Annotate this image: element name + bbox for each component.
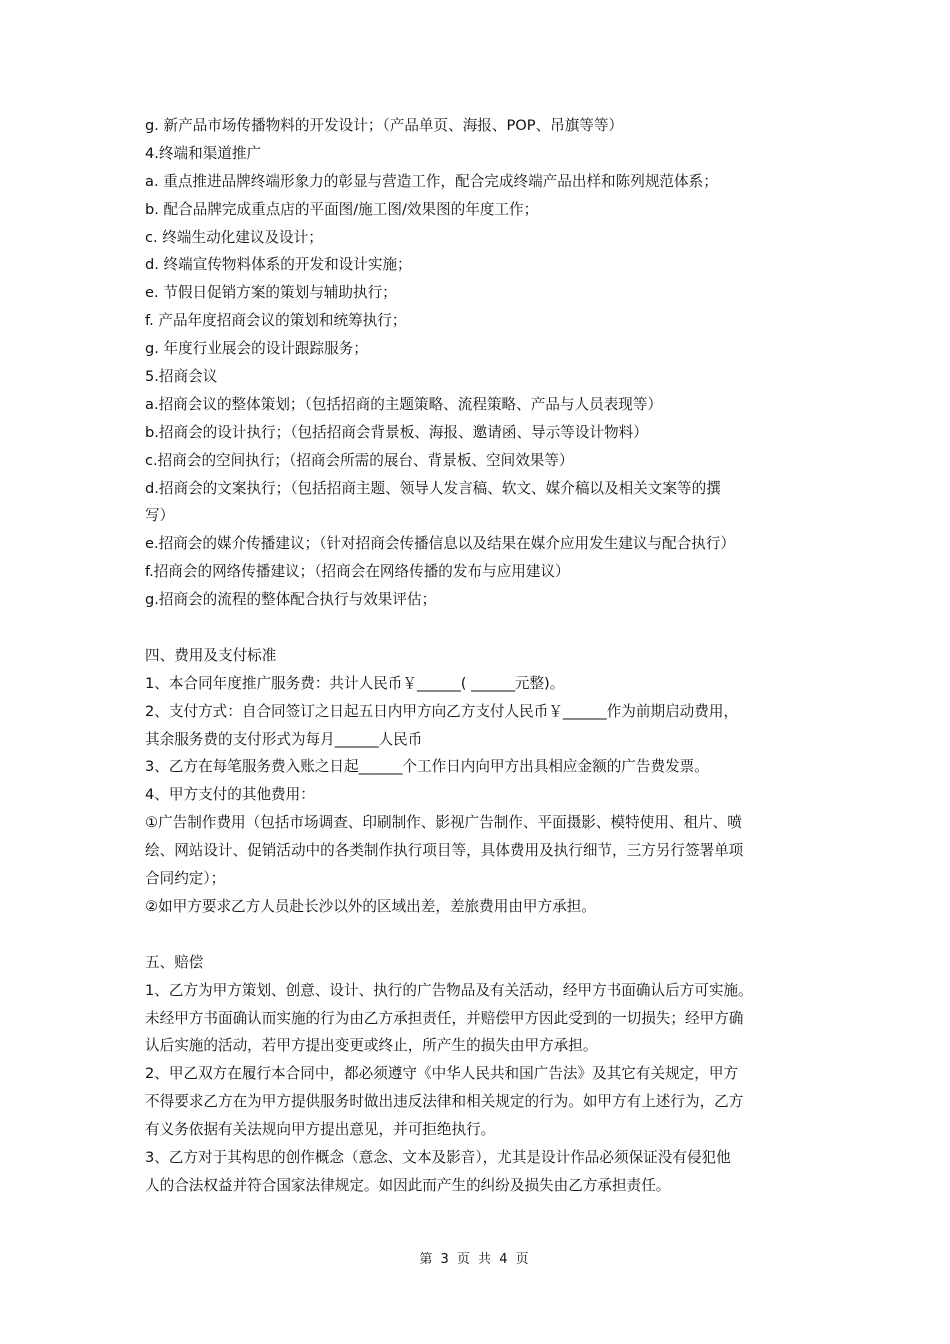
- paragraph-line: 3、乙方对于其构思的创作概念（意念、文本及影音），尤其是设计作品必须保证没有侵犯…: [145, 1144, 805, 1172]
- list-item: g.招商会的流程的整体配合执行与效果评估；: [145, 586, 805, 614]
- list-item: b. 配合品牌完成重点店的平面图/施工图/效果图的年度工作；: [145, 196, 805, 224]
- paragraph-line: 2、甲乙双方在履行本合同中，都必须遵守《中华人民共和国广告法》及其它有关规定，甲…: [145, 1060, 805, 1088]
- list-item: c. 终端生动化建议及设计；: [145, 224, 805, 252]
- section-heading: 5.招商会议: [145, 363, 805, 391]
- paragraph-line: 1、本合同年度推广服务费：共计人民币￥______( ______元整)。: [145, 670, 805, 698]
- paragraph-line: 2、支付方式：自合同签订之日起五日内甲方向乙方支付人民币￥______作为前期启…: [145, 698, 805, 726]
- paragraph-line: 3、乙方在每笔服务费入账之日起______个工作日内向甲方出具相应金额的广告费发…: [145, 753, 805, 781]
- paragraph-line: 人的合法权益并符合国家法律规定。如因此而产生的纠纷及损失由乙方承担责任。: [145, 1172, 805, 1200]
- document-page: g. 新产品市场传播物料的开发设计；（产品单页、海报、POP、吊旗等等） 4.终…: [145, 112, 805, 1200]
- list-item: e.招商会的媒介传播建议；（针对招商会传播信息以及结果在媒介应用发生建议与配合执…: [145, 530, 805, 558]
- paragraph-line: 其余服务费的支付形式为每月______人民币: [145, 726, 805, 754]
- paragraph-line: ①广告制作费用（包括市场调查、印刷制作、影视广告制作、平面摄影、模特使用、租片、…: [145, 809, 805, 837]
- list-item-continuation: 写）: [145, 502, 805, 530]
- list-item: a.招商会议的整体策划；（包括招商的主题策略、流程策略、产品与人员表现等）: [145, 391, 805, 419]
- list-item: a. 重点推进品牌终端形象力的彰显与营造工作，配合完成终端产品出样和陈列规范体系…: [145, 168, 805, 196]
- paragraph-line: 4、甲方支付的其他费用：: [145, 781, 805, 809]
- spacer: [145, 921, 805, 949]
- list-item: e. 节假日促销方案的策划与辅助执行；: [145, 279, 805, 307]
- paragraph-line: 不得要求乙方在为甲方提供服务时做出违反法律和相关规定的行为。如甲方有上述行为，乙…: [145, 1088, 805, 1116]
- section-heading: 四、费用及支付标准: [145, 642, 805, 670]
- paragraph-line: ②如甲方要求乙方人员赴长沙以外的区域出差，差旅费用由甲方承担。: [145, 893, 805, 921]
- paragraph-line: 有义务依据有关法规向甲方提出意见，并可拒绝执行。: [145, 1116, 805, 1144]
- section-heading: 4.终端和渠道推广: [145, 140, 805, 168]
- paragraph-line: 1、乙方为甲方策划、创意、设计、执行的广告物品及有关活动，经甲方书面确认后方可实…: [145, 977, 805, 1005]
- page-number: 第 3 页 共 4 页: [0, 1248, 950, 1267]
- list-item: f. 产品年度招商会议的策划和统筹执行；: [145, 307, 805, 335]
- list-item: g. 新产品市场传播物料的开发设计；（产品单页、海报、POP、吊旗等等）: [145, 112, 805, 140]
- paragraph-line: 认后实施的活动，若甲方提出变更或终止，所产生的损失由甲方承担。: [145, 1032, 805, 1060]
- list-item: b.招商会的设计执行；（包括招商会背景板、海报、邀请函、导示等设计物料）: [145, 419, 805, 447]
- list-item: g. 年度行业展会的设计跟踪服务；: [145, 335, 805, 363]
- list-item: c.招商会的空间执行；（招商会所需的展台、背景板、空间效果等）: [145, 447, 805, 475]
- paragraph-line: 未经甲方书面确认而实施的行为由乙方承担责任，并赔偿甲方因此受到的一切损失；经甲方…: [145, 1005, 805, 1033]
- list-item: d.招商会的文案执行；（包括招商主题、领导人发言稿、软文、媒介稿以及相关文案等的…: [145, 475, 805, 503]
- spacer: [145, 614, 805, 642]
- paragraph-line: 合同约定）；: [145, 865, 805, 893]
- section-heading: 五、赔偿: [145, 949, 805, 977]
- list-item: f.招商会的网络传播建议；（招商会在网络传播的发布与应用建议）: [145, 558, 805, 586]
- list-item: d. 终端宣传物料体系的开发和设计实施；: [145, 251, 805, 279]
- paragraph-line: 绘、网站设计、促销活动中的各类制作执行项目等，具体费用及执行细节，三方另行签署单…: [145, 837, 805, 865]
